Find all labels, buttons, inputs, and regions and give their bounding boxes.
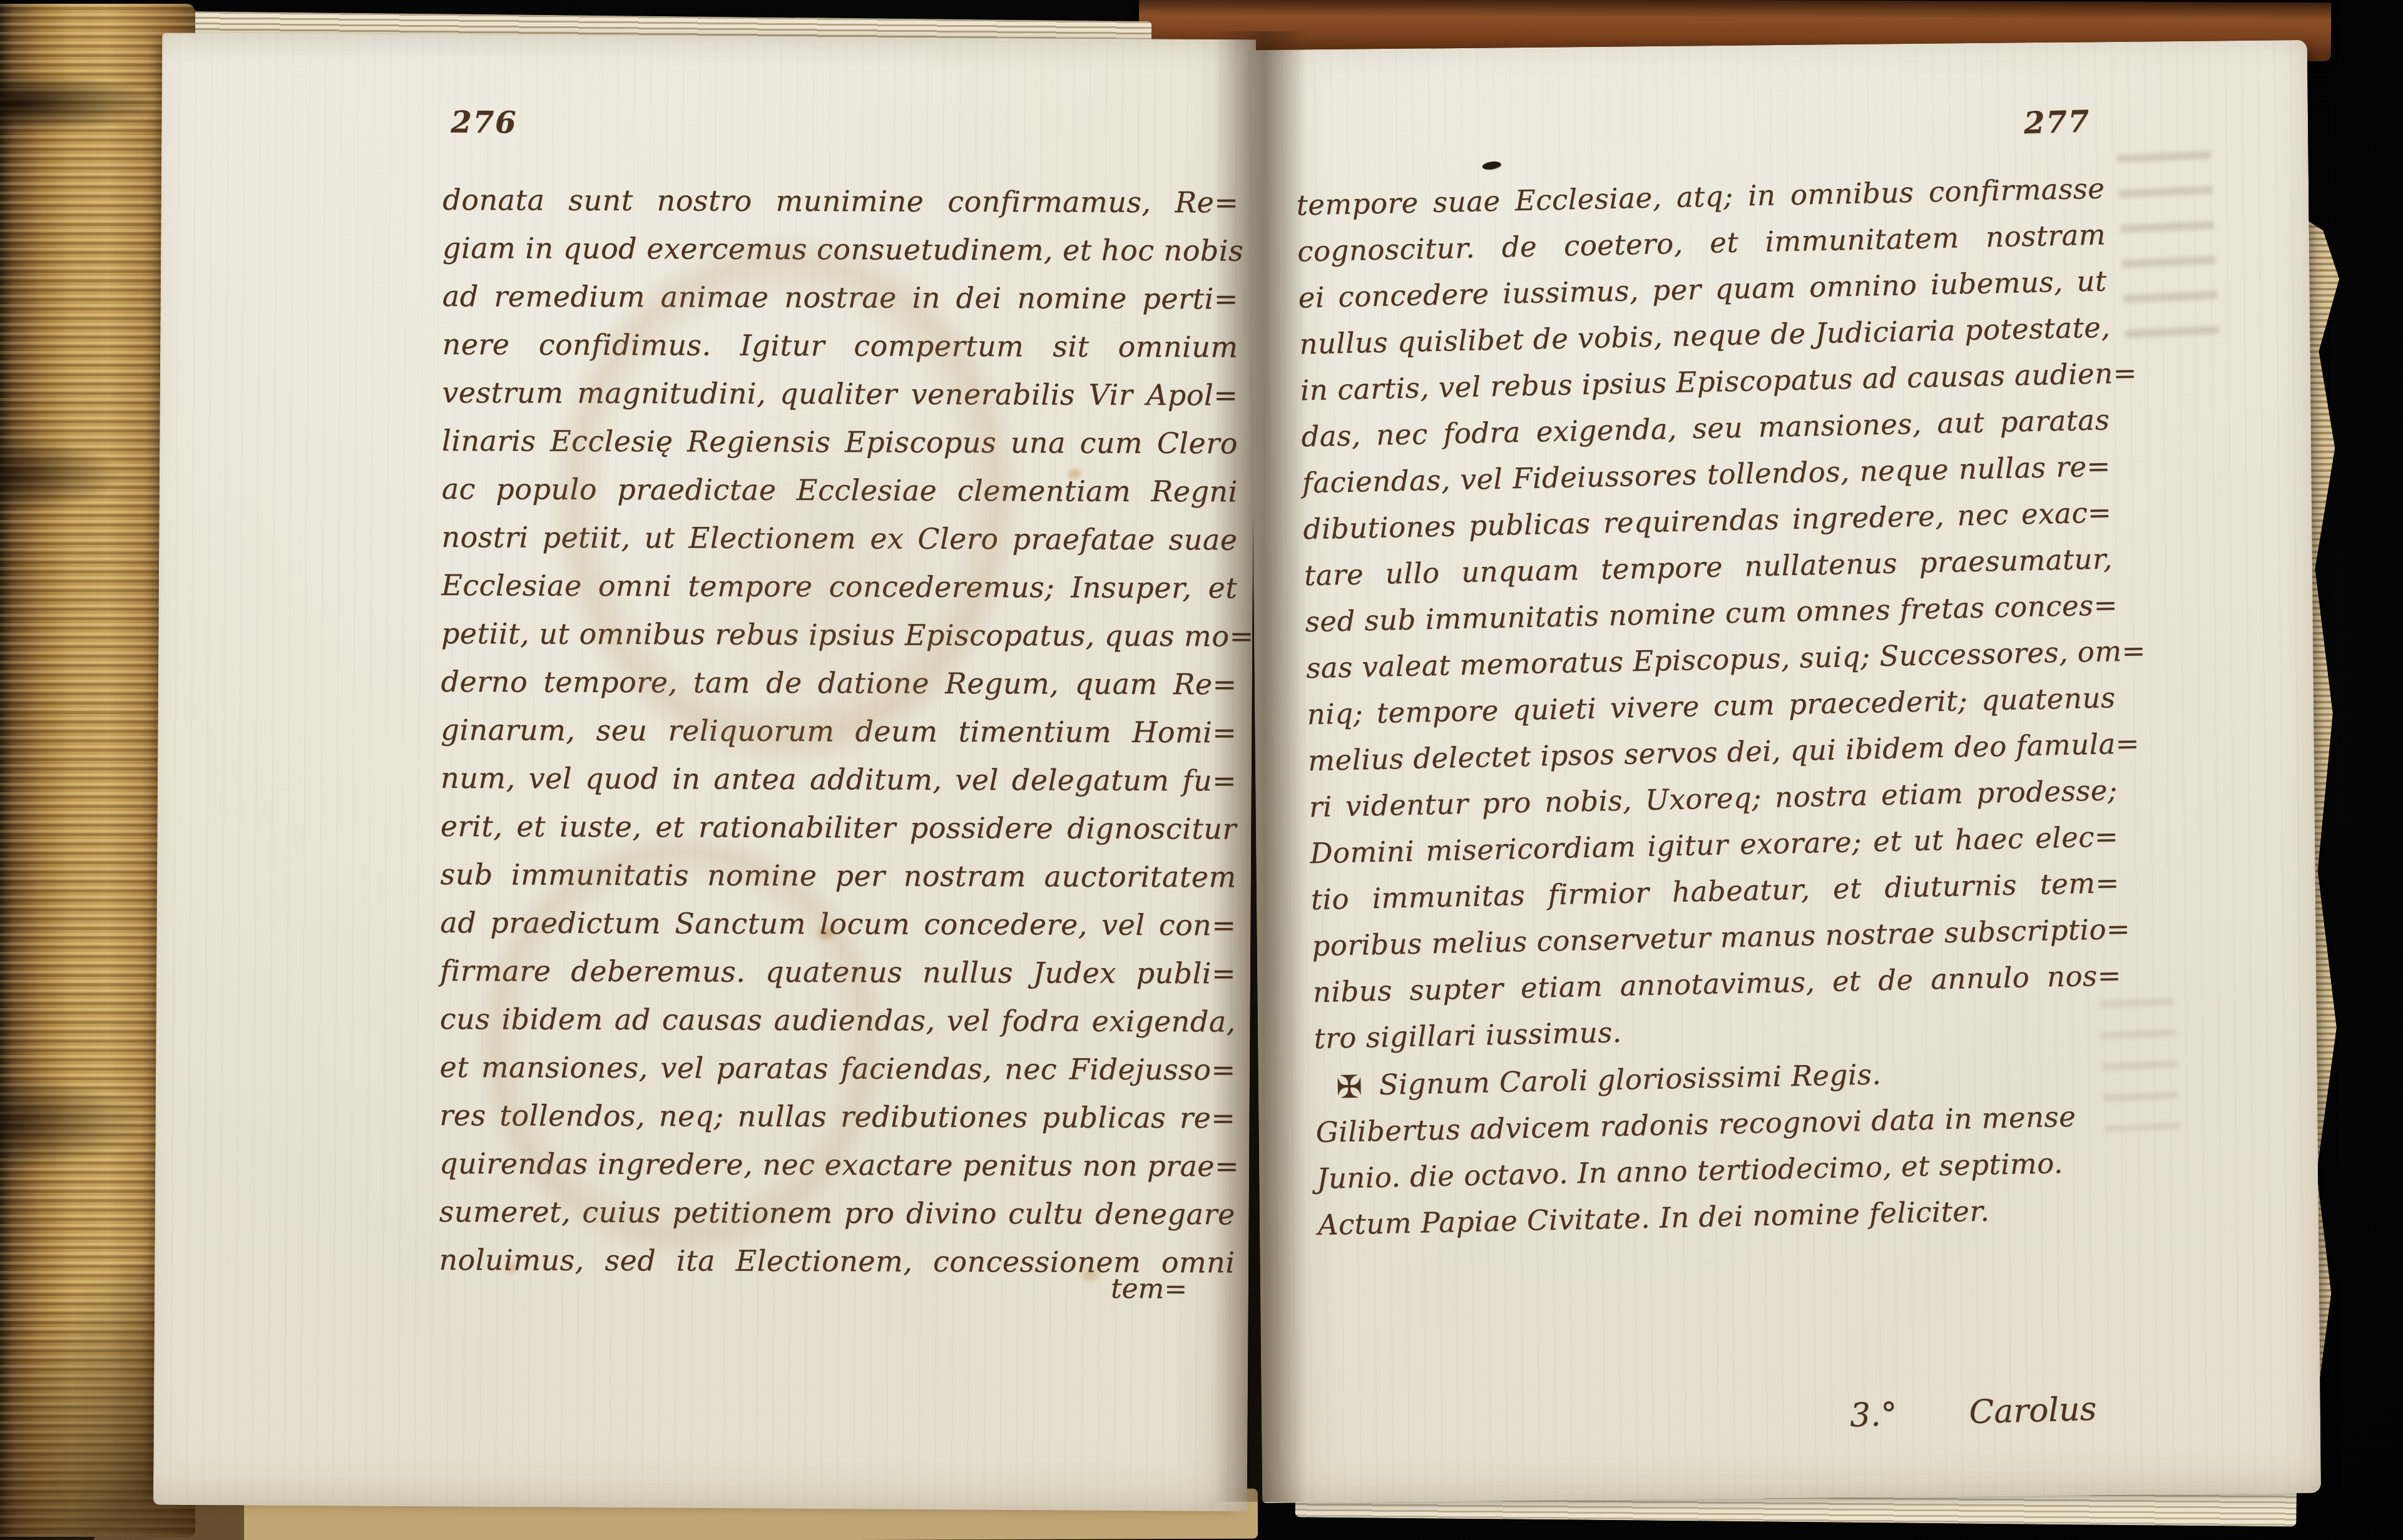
attestation-lines: Gilibertus advicem radonis recognovi dat… <box>1315 1093 2126 1248</box>
fore-edge-shadow <box>0 438 125 513</box>
text-bleedthrough <box>2117 151 2220 361</box>
signature-mark: 3.° <box>1849 1395 1897 1434</box>
body-lines: tempore suae Ecclesiae, atq; in omnibus … <box>1296 165 2122 1016</box>
cross-pattee-icon: ✠ <box>1335 1064 1363 1111</box>
fore-edge-shadow <box>0 1076 144 1170</box>
signature-name: Carolus <box>1969 1390 2097 1431</box>
royal-signature: 3.° Carolus <box>1849 1390 2097 1435</box>
fore-edge-shadow <box>0 75 150 131</box>
page-right-277: 277 tempore suae Ecclesiae, atq; in omni… <box>1248 40 2321 1503</box>
page-number: 276 <box>451 105 518 141</box>
manuscript-text-right: tempore suae Ecclesiae, atq; in omnibus … <box>1296 165 2126 1248</box>
page-left-276: 276 donata sunt nostro munimine confirma… <box>153 33 1256 1512</box>
ink-blot <box>1482 160 1501 170</box>
photograph-manuscript-spread: { "book": { "left_page": { "page_number"… <box>0 0 2403 1540</box>
page-number: 277 <box>2023 104 2091 141</box>
catchword: tem= <box>1111 1273 1188 1305</box>
paper-stain <box>646 386 999 776</box>
seal-bleedthrough-stain <box>467 824 895 1264</box>
